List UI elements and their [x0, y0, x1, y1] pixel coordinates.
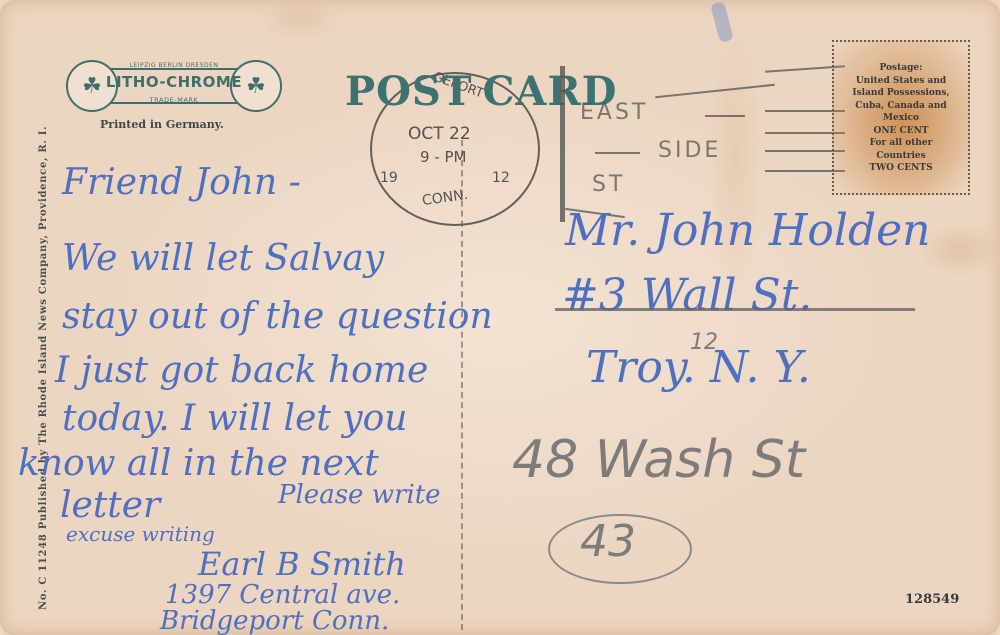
signature: Earl B Smith [198, 545, 406, 583]
stamp-line: United States and [834, 75, 968, 88]
postmark-year-left: 19 [380, 170, 398, 186]
serial-number: 128549 [905, 592, 959, 607]
pencil-street: 48 Wash St [512, 430, 805, 490]
message-line: We will let Salvay [62, 238, 384, 279]
message-postscript: Please write [278, 480, 441, 510]
logo-brand: LITHO-CHROME [66, 73, 282, 91]
logo-cities: LEIPZIG BERLIN DRESDEN [66, 62, 282, 69]
postmark-time: 9 - PM [420, 148, 466, 166]
stamp-line: Mexico [834, 112, 968, 125]
ink-smudge [710, 1, 734, 43]
stamp-line: For all other [834, 137, 968, 150]
message-line: Friend John - [62, 162, 301, 203]
stamp-box: Postage: United States and Island Posses… [832, 40, 970, 195]
publisher-line: No. C 11248 Published by The Rhode Islan… [38, 126, 49, 610]
stamp-line: Cuba, Canada and [834, 100, 968, 113]
strikethrough-line [555, 308, 915, 311]
message-line: I just got back home [55, 350, 428, 391]
litho-chrome-logo: ☘ ☘ LEIPZIG BERLIN DRESDEN LITHO-CHROME … [66, 60, 282, 112]
stamp-line: Countries [834, 150, 968, 163]
sender-city: Bridgeport Conn. [160, 606, 389, 635]
stamp-line: ONE CENT [834, 125, 968, 138]
postcard-back: ☘ ☘ LEIPZIG BERLIN DRESDEN LITHO-CHROME … [0, 0, 1000, 635]
cancel-word-side: SIDE [658, 138, 721, 163]
printed-in-germany: Printed in Germany. [100, 118, 224, 131]
message-line: stay out of the question [62, 296, 493, 337]
title-post: POST [345, 68, 473, 115]
message-apology: excuse writing [66, 522, 215, 546]
message-line: know all in the next [18, 443, 379, 484]
pencil-circled-number: 43 [580, 516, 636, 567]
stamp-line: TWO CENTS [834, 162, 968, 175]
recipient-name: Mr. John Holden [565, 205, 931, 256]
cancel-word-st: ST [592, 172, 625, 197]
logo-trademark: TRADE-MARK [66, 96, 282, 104]
cancel-word-east: EAST [580, 100, 648, 125]
message-line: letter [60, 485, 160, 526]
stamp-line: Island Possessions, [834, 87, 968, 100]
recipient-street-struck: #3 Wall St. [562, 270, 812, 321]
pencil-annotation-12: 12 [690, 330, 718, 355]
stamp-line: Postage: [834, 62, 968, 75]
message-line: today. I will let you [62, 398, 407, 439]
postmark-year-right: 12 [492, 170, 510, 186]
center-divider [461, 140, 463, 630]
